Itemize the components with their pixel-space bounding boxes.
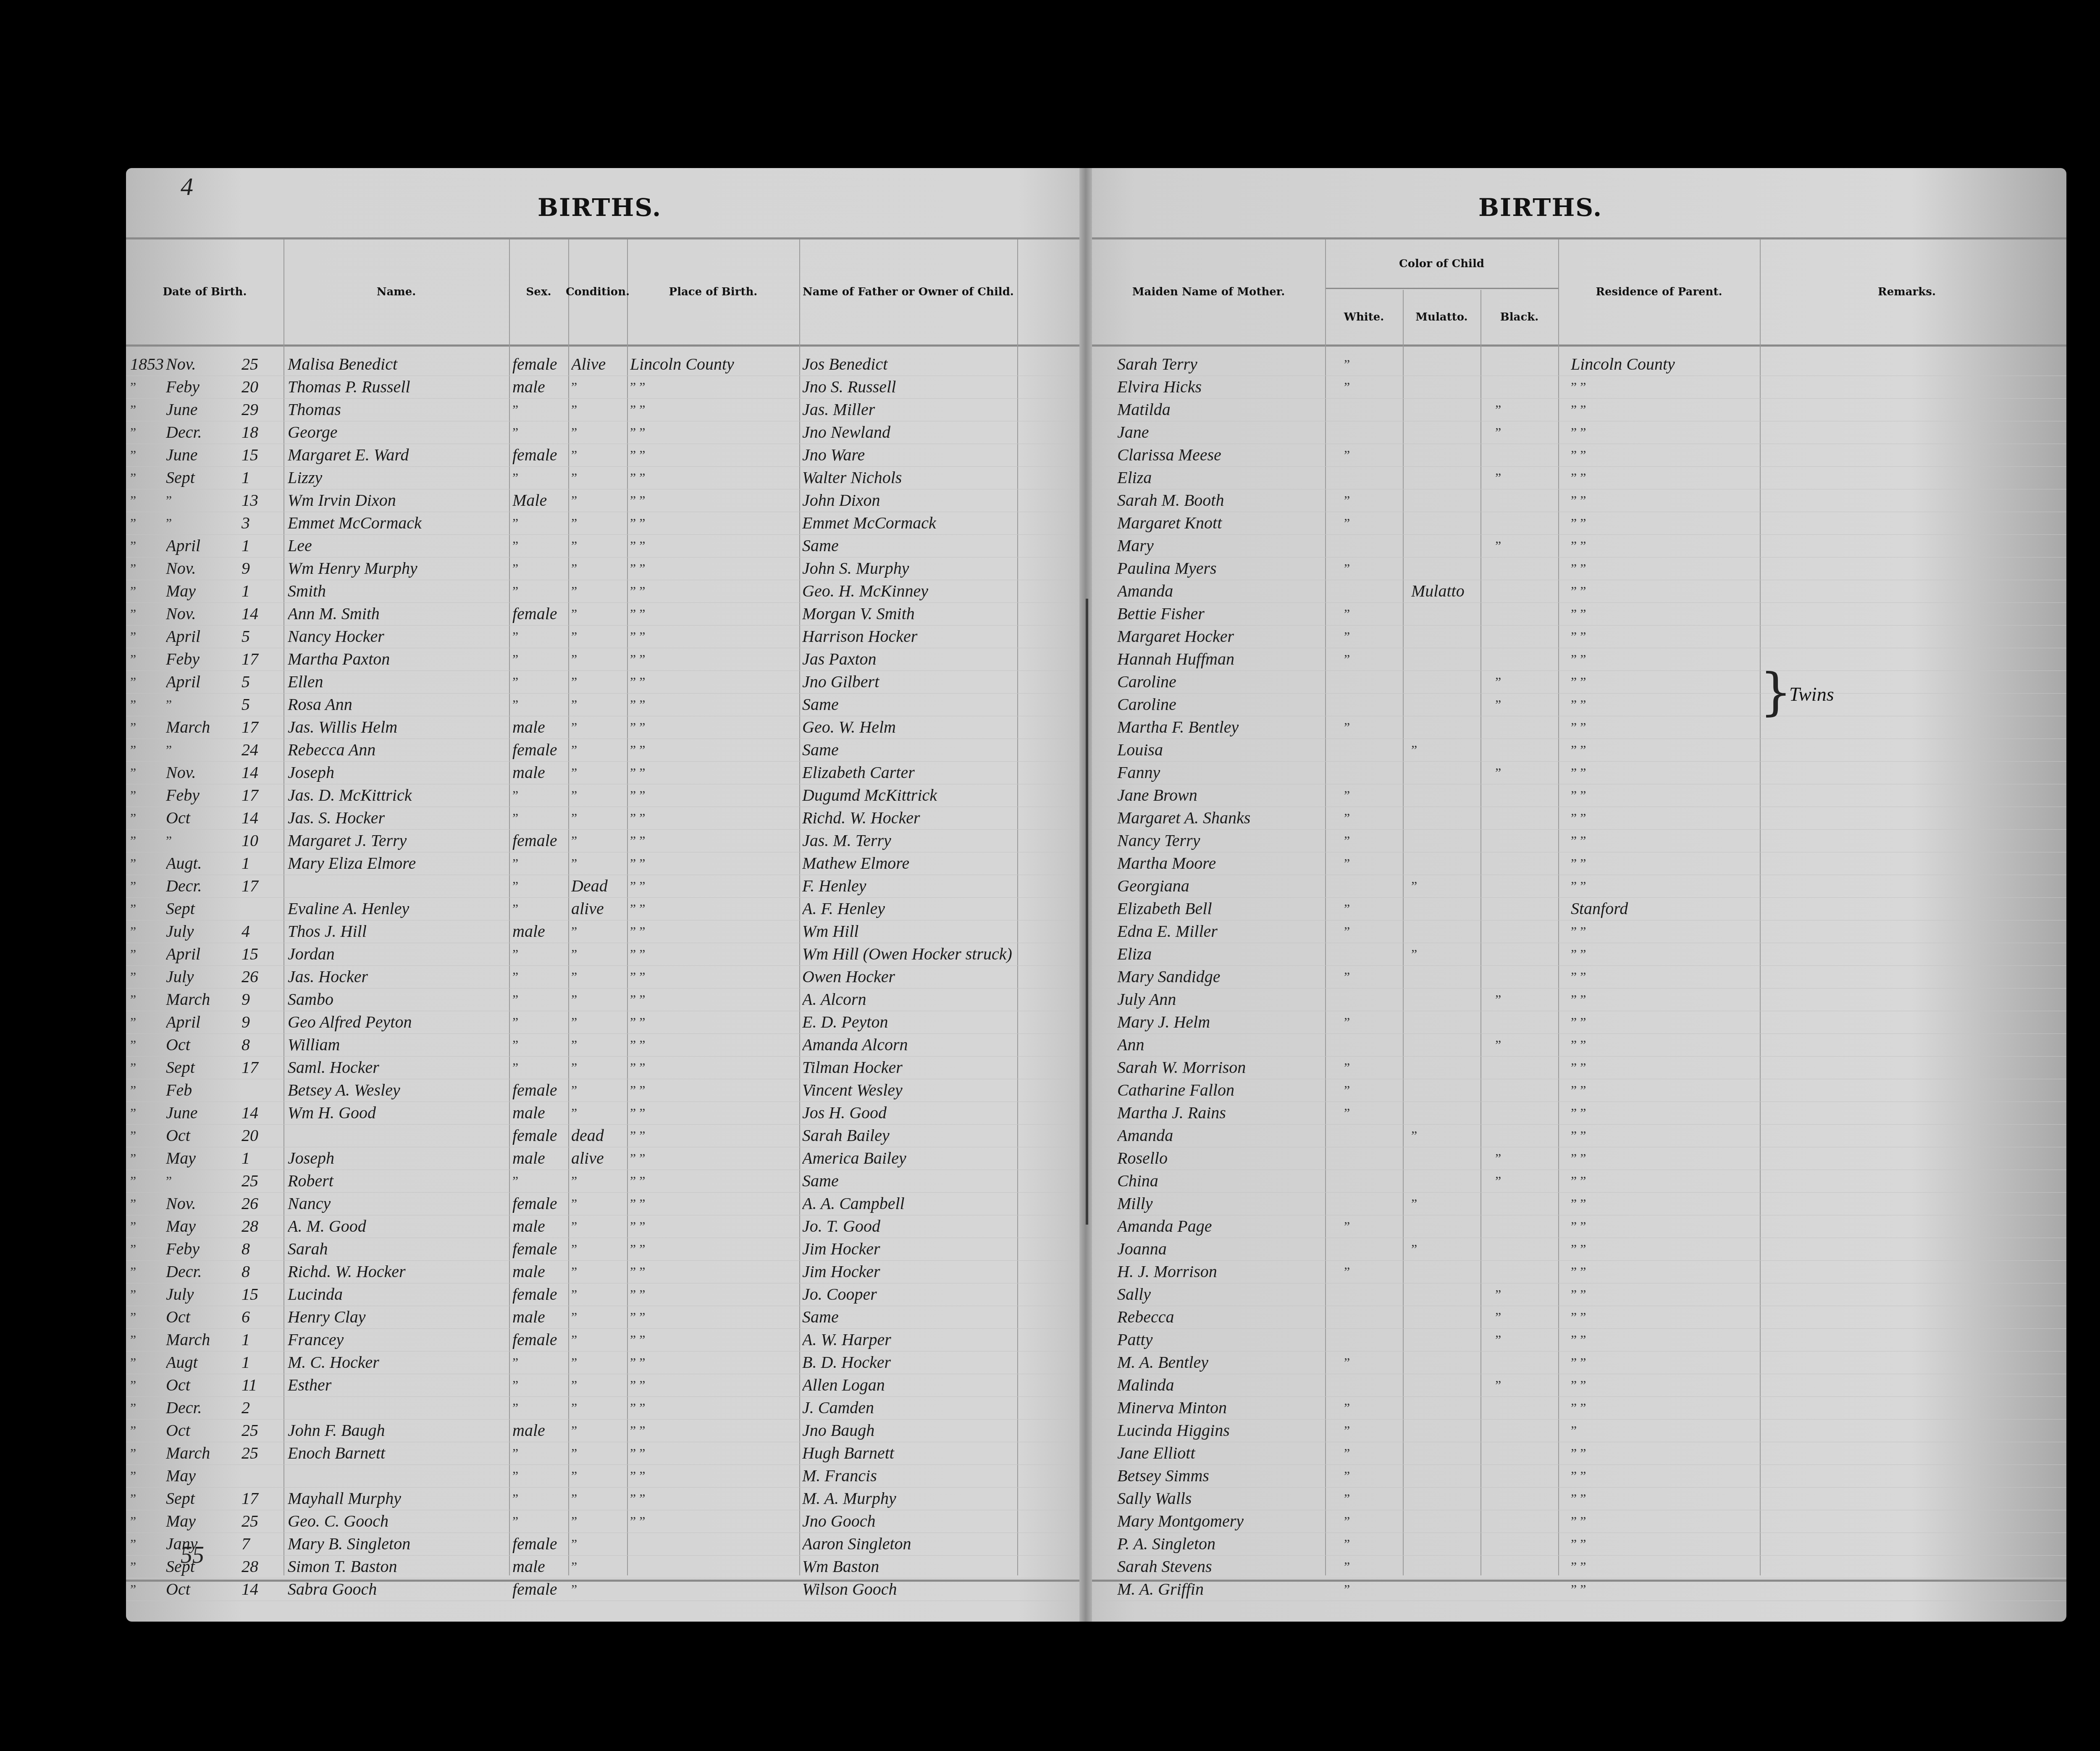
cell-year: ” <box>130 1192 164 1215</box>
cell-year: ” <box>130 1487 164 1510</box>
cell-day: 26 <box>241 965 279 988</box>
cell-color-white: ” <box>1344 602 1399 625</box>
cell-color-black <box>1495 1124 1550 1147</box>
table-row: Jane”” ” <box>1092 421 2066 444</box>
cell-residence: ” ” <box>1571 512 1756 534</box>
cell-residence: ” ” <box>1571 920 1756 943</box>
cell-day: 8 <box>241 1260 279 1283</box>
cell-color-mulatto <box>1411 761 1478 784</box>
cell-father-or-owner: Jno S. Russell <box>802 376 1016 398</box>
cell-condition: ” <box>571 1079 626 1102</box>
cell-father-or-owner: Jas. M. Terry <box>802 829 1016 852</box>
cell-color-white: ” <box>1344 1056 1399 1079</box>
cell-child-name: John F. Baugh <box>288 1419 506 1442</box>
cell-color-black <box>1495 648 1550 670</box>
cell-color-black: ” <box>1495 1033 1550 1056</box>
cell-color-mulatto <box>1411 557 1478 580</box>
cell-father-or-owner: Wm Hill (Owen Hocker struck) <box>802 943 1016 965</box>
table-row: ”Feby8Sarahfemale”” ”Jim Hocker <box>126 1238 1079 1261</box>
cell-father-or-owner: M. Francis <box>802 1464 1016 1487</box>
cell-child-name: Thomas <box>288 398 506 421</box>
cell-child-name: Emmet McCormack <box>288 512 506 534</box>
cell-child-name: Ann M. Smith <box>288 602 506 625</box>
table-row: Sarah W. Morrison”” ” <box>1092 1056 2066 1079</box>
cell-father-or-owner: J. Camden <box>802 1396 1016 1419</box>
cell-sex: Male <box>512 489 567 512</box>
cell-mother-maiden-name: Malinda <box>1117 1374 1323 1396</box>
cell-sex: ” <box>512 1011 567 1033</box>
right-column-headers: Maiden Name of Mother. Color of Child Wh… <box>1092 239 2066 344</box>
cell-condition: alive <box>571 897 626 920</box>
cell-father-or-owner: A. F. Henley <box>802 897 1016 920</box>
table-row: Jane Brown”” ” <box>1092 784 2066 807</box>
cell-place-of-birth: ” ” <box>630 557 798 580</box>
cell-residence: ” ” <box>1571 1192 1756 1215</box>
cell-color-white: ” <box>1344 965 1399 988</box>
right-page: BIRTHS. Maiden Name of Mother. Color of … <box>1092 168 2066 1622</box>
cell-color-black <box>1495 625 1550 648</box>
cell-sex: male <box>512 761 567 784</box>
cell-year: ” <box>130 1442 164 1464</box>
cell-mother-maiden-name: Mary <box>1117 534 1323 557</box>
cell-year: ” <box>130 897 164 920</box>
table-row: Matilda”” ” <box>1092 398 2066 421</box>
cell-child-name: Malisa Benedict <box>288 353 506 376</box>
cell-sex: ” <box>512 1442 567 1464</box>
cell-color-black <box>1495 1442 1550 1464</box>
cell-month: ” <box>166 489 237 512</box>
cell-residence: ” ” <box>1571 829 1756 852</box>
cell-month: Nov. <box>166 1192 237 1215</box>
cell-child-name: Richd. W. Hocker <box>288 1260 506 1283</box>
cell-father-or-owner: Geo. W. Helm <box>802 716 1016 739</box>
cell-day: 17 <box>241 875 279 897</box>
cell-father-or-owner: A. Alcorn <box>802 988 1016 1011</box>
cell-child-name: A. M. Good <box>288 1215 506 1238</box>
cell-sex: ” <box>512 965 567 988</box>
table-row: Martha F. Bentley”” ” <box>1092 716 2066 739</box>
cell-color-mulatto <box>1411 1215 1478 1238</box>
cell-residence: ” ” <box>1571 580 1756 602</box>
cell-place-of-birth: ” ” <box>630 444 798 466</box>
cell-color-black: ” <box>1495 1306 1550 1328</box>
table-row: ”Sept17Saml. Hocker””” ”Tilman Hocker <box>126 1056 1079 1079</box>
cell-place-of-birth: ” ” <box>630 988 798 1011</box>
register-book: 4 BIRTHS. Date of Birth. Name. Sex. Cond… <box>126 168 2066 1622</box>
cell-color-mulatto <box>1411 625 1478 648</box>
header-residence-of-parent: Residence of Parent. <box>1558 239 1760 344</box>
cell-mother-maiden-name: Sally Walls <box>1117 1487 1323 1510</box>
cell-condition: ” <box>571 1396 626 1419</box>
cell-father-or-owner: B. D. Hocker <box>802 1351 1016 1374</box>
cell-color-white: ” <box>1344 716 1399 739</box>
table-row: M. A. Bentley”” ” <box>1092 1351 2066 1374</box>
table-row: ”Oct11Esther””” ”Allen Logan <box>126 1374 1079 1397</box>
cell-color-white: ” <box>1344 557 1399 580</box>
table-row: ””24Rebecca Annfemale”” ”Same <box>126 739 1079 762</box>
header-white: White. <box>1325 290 1403 344</box>
table-row: ”April15Jordan””” ”Wm Hill (Owen Hocker … <box>126 943 1079 966</box>
cell-child-name: Sambo <box>288 988 506 1011</box>
cell-mother-maiden-name: Georgiana <box>1117 875 1323 897</box>
table-row: Amanda Page”” ” <box>1092 1215 2066 1238</box>
cell-father-or-owner: Jno Baugh <box>802 1419 1016 1442</box>
cell-color-white <box>1344 739 1399 761</box>
cell-color-mulatto <box>1411 988 1478 1011</box>
cell-color-mulatto <box>1411 1056 1478 1079</box>
cell-day: 28 <box>241 1555 279 1578</box>
cell-color-mulatto <box>1411 489 1478 512</box>
cell-child-name: Ellen <box>288 670 506 693</box>
table-row: ”April5Nancy Hocker””” ”Harrison Hocker <box>126 625 1079 648</box>
cell-residence: Stanford <box>1571 897 1756 920</box>
cell-place-of-birth: ” ” <box>630 1011 798 1033</box>
table-row: AmandaMulatto” ” <box>1092 580 2066 603</box>
table-row: Bettie Fisher”” ” <box>1092 602 2066 626</box>
cell-color-black <box>1495 807 1550 829</box>
cell-color-white: ” <box>1344 1351 1399 1374</box>
cell-color-mulatto <box>1411 1147 1478 1170</box>
cell-year: ” <box>130 670 164 693</box>
cell-day: 1 <box>241 1351 279 1374</box>
cell-year: ” <box>130 761 164 784</box>
cell-mother-maiden-name: Patty <box>1117 1328 1323 1351</box>
cell-condition: ” <box>571 1464 626 1487</box>
cell-color-white <box>1344 988 1399 1011</box>
cell-color-mulatto <box>1411 716 1478 739</box>
header-bottom-rule <box>1092 344 2066 347</box>
cell-year: ” <box>130 784 164 807</box>
cell-month: Nov. <box>166 602 237 625</box>
cell-year: ” <box>130 1170 164 1192</box>
cell-sex: ” <box>512 512 567 534</box>
cell-month: Sept <box>166 466 237 489</box>
cell-color-white <box>1344 761 1399 784</box>
cell-father-or-owner: Wm Baston <box>802 1555 1016 1578</box>
cell-month: Oct <box>166 1374 237 1396</box>
left-page: 4 BIRTHS. Date of Birth. Name. Sex. Cond… <box>126 168 1079 1622</box>
cell-color-white <box>1344 1306 1399 1328</box>
cell-year: ” <box>130 466 164 489</box>
table-row: Eliza”” ” <box>1092 466 2066 489</box>
cell-place-of-birth: ” ” <box>630 1215 798 1238</box>
cell-month: Nov. <box>166 353 237 376</box>
cell-residence: ” ” <box>1571 648 1756 670</box>
cell-place-of-birth: ” ” <box>630 1124 798 1147</box>
cell-sex: male <box>512 1215 567 1238</box>
cell-residence: ” ” <box>1571 693 1756 716</box>
table-row: ”July4Thos J. Hillmale”” ”Wm Hill <box>126 920 1079 943</box>
cell-mother-maiden-name: Martha J. Rains <box>1117 1102 1323 1124</box>
cell-sex: male <box>512 716 567 739</box>
table-row: China”” ” <box>1092 1170 2066 1193</box>
cell-residence: ” ” <box>1571 1260 1756 1283</box>
cell-day: 24 <box>241 739 279 761</box>
table-row: Joanna”” ” <box>1092 1238 2066 1261</box>
cell-year: ” <box>130 421 164 444</box>
cell-residence: ” ” <box>1571 1555 1756 1578</box>
cell-place-of-birth: ” ” <box>630 1442 798 1464</box>
cell-color-mulatto <box>1411 1396 1478 1419</box>
cell-child-name: Margaret J. Terry <box>288 829 506 852</box>
cell-mother-maiden-name: Sarah M. Booth <box>1117 489 1323 512</box>
cell-sex: female <box>512 1192 567 1215</box>
cell-sex: ” <box>512 1170 567 1192</box>
table-row: ”Decr.2””” ”J. Camden <box>126 1396 1079 1420</box>
header-color-of-child: Color of Child <box>1325 239 1558 288</box>
cell-condition: Dead <box>571 875 626 897</box>
cell-color-white <box>1344 398 1399 421</box>
cell-color-white: ” <box>1344 1555 1399 1578</box>
table-row: ”July15Lucindafemale”” ”Jo. Cooper <box>126 1283 1079 1306</box>
cell-color-white <box>1344 1374 1399 1396</box>
cell-place-of-birth: ” ” <box>630 784 798 807</box>
cell-place-of-birth: ” ” <box>630 1170 798 1192</box>
cell-color-mulatto <box>1411 534 1478 557</box>
table-row: ”March25Enoch Barnett””” ”Hugh Barnett <box>126 1442 1079 1465</box>
table-row: Patty”” ” <box>1092 1328 2066 1351</box>
cell-sex: female <box>512 353 567 376</box>
cell-mother-maiden-name: Sally <box>1117 1283 1323 1306</box>
cell-day: 17 <box>241 716 279 739</box>
table-row: ”Augt.1Mary Eliza Elmore””” ”Mathew Elmo… <box>126 852 1079 875</box>
cell-year: ” <box>130 489 164 512</box>
cell-father-or-owner: Jo. T. Good <box>802 1215 1016 1238</box>
cell-month: July <box>166 920 237 943</box>
cell-day <box>241 1079 279 1102</box>
table-row: Lucinda Higgins”” <box>1092 1419 2066 1442</box>
cell-mother-maiden-name: Martha F. Bentley <box>1117 716 1323 739</box>
cell-residence: ” ” <box>1571 670 1756 693</box>
cell-year: ” <box>130 1011 164 1033</box>
cell-year: ” <box>130 1238 164 1260</box>
cell-father-or-owner: Wilson Gooch <box>802 1578 1016 1601</box>
cell-color-black: ” <box>1495 1147 1550 1170</box>
table-row: ”Augt1M. C. Hocker””” ”B. D. Hocker <box>126 1351 1079 1374</box>
cell-place-of-birth <box>630 1555 798 1578</box>
cell-color-black: ” <box>1495 466 1550 489</box>
table-row: ”July26Jas. Hocker””” ”Owen Hocker <box>126 965 1079 989</box>
cell-father-or-owner: M. A. Murphy <box>802 1487 1016 1510</box>
cell-color-black <box>1495 1011 1550 1033</box>
cell-mother-maiden-name: M. A. Griffin <box>1117 1578 1323 1601</box>
cell-day: 18 <box>241 421 279 444</box>
cell-child-name: Esther <box>288 1374 506 1396</box>
cell-father-or-owner: Amanda Alcorn <box>802 1033 1016 1056</box>
cell-color-black <box>1495 1215 1550 1238</box>
cell-place-of-birth: ” ” <box>630 852 798 875</box>
cell-condition: ” <box>571 466 626 489</box>
cell-child-name: Joseph <box>288 1147 506 1170</box>
cell-father-or-owner: Tilman Hocker <box>802 1056 1016 1079</box>
cell-mother-maiden-name: Amanda <box>1117 580 1323 602</box>
cell-residence: ” ” <box>1571 1079 1756 1102</box>
cell-condition: ” <box>571 534 626 557</box>
cell-year: ” <box>130 557 164 580</box>
cell-father-or-owner: Vincent Wesley <box>802 1079 1016 1102</box>
cell-year: ” <box>130 602 164 625</box>
cell-place-of-birth: ” ” <box>630 1102 798 1124</box>
cell-place-of-birth: ” ” <box>630 1033 798 1056</box>
table-row: ”April5Ellen””” ”Jno Gilbert <box>126 670 1079 694</box>
cell-residence: ” <box>1571 1419 1756 1442</box>
table-row: 1853Nov.25Malisa BenedictfemaleAliveLinc… <box>126 353 1079 376</box>
cell-mother-maiden-name: Caroline <box>1117 693 1323 716</box>
cell-year: ” <box>130 943 164 965</box>
table-row: ”Nov.14Ann M. Smithfemale”” ”Morgan V. S… <box>126 602 1079 626</box>
cell-mother-maiden-name: Mary Sandidge <box>1117 965 1323 988</box>
cell-year: ” <box>130 1079 164 1102</box>
cell-place-of-birth: ” ” <box>630 1192 798 1215</box>
cell-father-or-owner: Geo. H. McKinney <box>802 580 1016 602</box>
table-row: ””5Rosa Ann””” ”Same <box>126 693 1079 716</box>
cell-place-of-birth: ” ” <box>630 739 798 761</box>
cell-color-mulatto <box>1411 1283 1478 1306</box>
cell-residence: ” ” <box>1571 625 1756 648</box>
table-row: Caroline”” ” <box>1092 693 2066 716</box>
header-name: Name. <box>283 239 509 344</box>
cell-month: May <box>166 1464 237 1487</box>
cell-color-mulatto <box>1411 1487 1478 1510</box>
cell-day: 11 <box>241 1374 279 1396</box>
cell-condition: ” <box>571 580 626 602</box>
cell-month: June <box>166 444 237 466</box>
cell-year: ” <box>130 965 164 988</box>
cell-child-name: Nancy Hocker <box>288 625 506 648</box>
cell-mother-maiden-name: Minerva Minton <box>1117 1396 1323 1419</box>
cell-month: May <box>166 580 237 602</box>
table-row: Sarah M. Booth”” ” <box>1092 489 2066 512</box>
cell-condition: ” <box>571 716 626 739</box>
cell-color-mulatto <box>1411 1578 1478 1601</box>
cell-month: Oct <box>166 1419 237 1442</box>
cell-color-white: ” <box>1344 1464 1399 1487</box>
cell-month: Sept <box>166 1056 237 1079</box>
cell-year: ” <box>130 920 164 943</box>
table-row: Sarah Terry”Lincoln County <box>1092 353 2066 376</box>
table-row: Sally”” ” <box>1092 1283 2066 1306</box>
cell-year: ” <box>130 1328 164 1351</box>
cell-mother-maiden-name: Fanny <box>1117 761 1323 784</box>
table-row: Caroline”” ” <box>1092 670 2066 694</box>
table-row: ”Decr.18George””” ”Jno Newland <box>126 421 1079 444</box>
cell-father-or-owner: Same <box>802 739 1016 761</box>
cell-child-name: Mary B. Singleton <box>288 1533 506 1555</box>
cell-year: ” <box>130 875 164 897</box>
cell-child-name: Lee <box>288 534 506 557</box>
table-row: Elvira Hicks”” ” <box>1092 376 2066 399</box>
cell-residence: ” ” <box>1571 557 1756 580</box>
cell-residence: ” ” <box>1571 1056 1756 1079</box>
cell-mother-maiden-name: China <box>1117 1170 1323 1192</box>
cell-mother-maiden-name: Elizabeth Bell <box>1117 897 1323 920</box>
cell-color-black: ” <box>1495 534 1550 557</box>
cell-sex: ” <box>512 852 567 875</box>
table-row: Ann”” ” <box>1092 1033 2066 1057</box>
table-row: Jane Elliott”” ” <box>1092 1442 2066 1465</box>
cell-mother-maiden-name: Jane Elliott <box>1117 1442 1323 1464</box>
cell-day: 6 <box>241 1306 279 1328</box>
cell-residence: ” ” <box>1571 739 1756 761</box>
cell-color-white: ” <box>1344 1011 1399 1033</box>
cell-day: 14 <box>241 1578 279 1601</box>
cell-day <box>241 1464 279 1487</box>
left-column-headers: Date of Birth. Name. Sex. Condition. Pla… <box>126 239 1079 344</box>
cell-month: April <box>166 670 237 693</box>
cell-year: ” <box>130 1215 164 1238</box>
table-row: Hannah Huffman”” ” <box>1092 648 2066 671</box>
cell-condition: ” <box>571 444 626 466</box>
table-row: ”Sept28Simon T. Bastonmale”Wm Baston <box>126 1555 1079 1578</box>
header-place-of-birth: Place of Birth. <box>627 239 799 344</box>
cell-father-or-owner: Aaron Singleton <box>802 1533 1016 1555</box>
cell-color-black <box>1495 1351 1550 1374</box>
cell-color-black <box>1495 965 1550 988</box>
cell-color-black <box>1495 1464 1550 1487</box>
cell-month: Augt <box>166 1351 237 1374</box>
cell-color-black <box>1495 1260 1550 1283</box>
cell-sex: ” <box>512 670 567 693</box>
cell-color-black: ” <box>1495 398 1550 421</box>
cell-residence: ” ” <box>1571 875 1756 897</box>
cell-color-mulatto <box>1411 1170 1478 1192</box>
table-row: ”Feby20Thomas P. Russellmale”” ”Jno S. R… <box>126 376 1079 399</box>
cell-place-of-birth: ” ” <box>630 716 798 739</box>
cell-day: 8 <box>241 1238 279 1260</box>
cell-father-or-owner: Richd. W. Hocker <box>802 807 1016 829</box>
cell-month: ” <box>166 829 237 852</box>
cell-residence: ” ” <box>1571 398 1756 421</box>
table-row: Georgiana”” ” <box>1092 875 2066 898</box>
table-row: ””3Emmet McCormack””” ”Emmet McCormack <box>126 512 1079 535</box>
cell-sex: ” <box>512 1464 567 1487</box>
cell-color-mulatto <box>1411 421 1478 444</box>
cell-condition: ” <box>571 1351 626 1374</box>
cell-year: ” <box>130 716 164 739</box>
table-row: Minerva Minton”” ” <box>1092 1396 2066 1420</box>
cell-place-of-birth: ” ” <box>630 875 798 897</box>
cell-child-name: M. C. Hocker <box>288 1351 506 1374</box>
cell-day: 5 <box>241 625 279 648</box>
cell-color-white: ” <box>1344 829 1399 852</box>
cell-month: Feb <box>166 1079 237 1102</box>
cell-month: Oct <box>166 1124 237 1147</box>
cell-mother-maiden-name: Catharine Fallon <box>1117 1079 1323 1102</box>
cell-color-black <box>1495 1578 1550 1601</box>
cell-place-of-birth <box>630 1578 798 1601</box>
cell-father-or-owner: John S. Murphy <box>802 557 1016 580</box>
header-black: Black. <box>1480 290 1558 344</box>
cell-day: 15 <box>241 1283 279 1306</box>
page-number: 4 <box>181 172 193 201</box>
cell-residence: ” ” <box>1571 761 1756 784</box>
cell-child-name: Sabra Gooch <box>288 1578 506 1601</box>
cell-residence: ” ” <box>1571 965 1756 988</box>
cell-color-mulatto <box>1411 1011 1478 1033</box>
cell-sex: female <box>512 829 567 852</box>
cell-color-black <box>1495 1555 1550 1578</box>
cell-child-name: Wm H. Good <box>288 1102 506 1124</box>
cell-condition: ” <box>571 943 626 965</box>
cell-place-of-birth: ” ” <box>630 580 798 602</box>
cell-residence: ” ” <box>1571 1374 1756 1396</box>
cell-color-white: ” <box>1344 625 1399 648</box>
table-row: ”Oct8William””” ”Amanda Alcorn <box>126 1033 1079 1057</box>
cell-residence: ” ” <box>1571 1033 1756 1056</box>
cell-color-mulatto <box>1411 829 1478 852</box>
cell-color-mulatto: ” <box>1411 1124 1478 1147</box>
cell-place-of-birth: ” ” <box>630 1283 798 1306</box>
